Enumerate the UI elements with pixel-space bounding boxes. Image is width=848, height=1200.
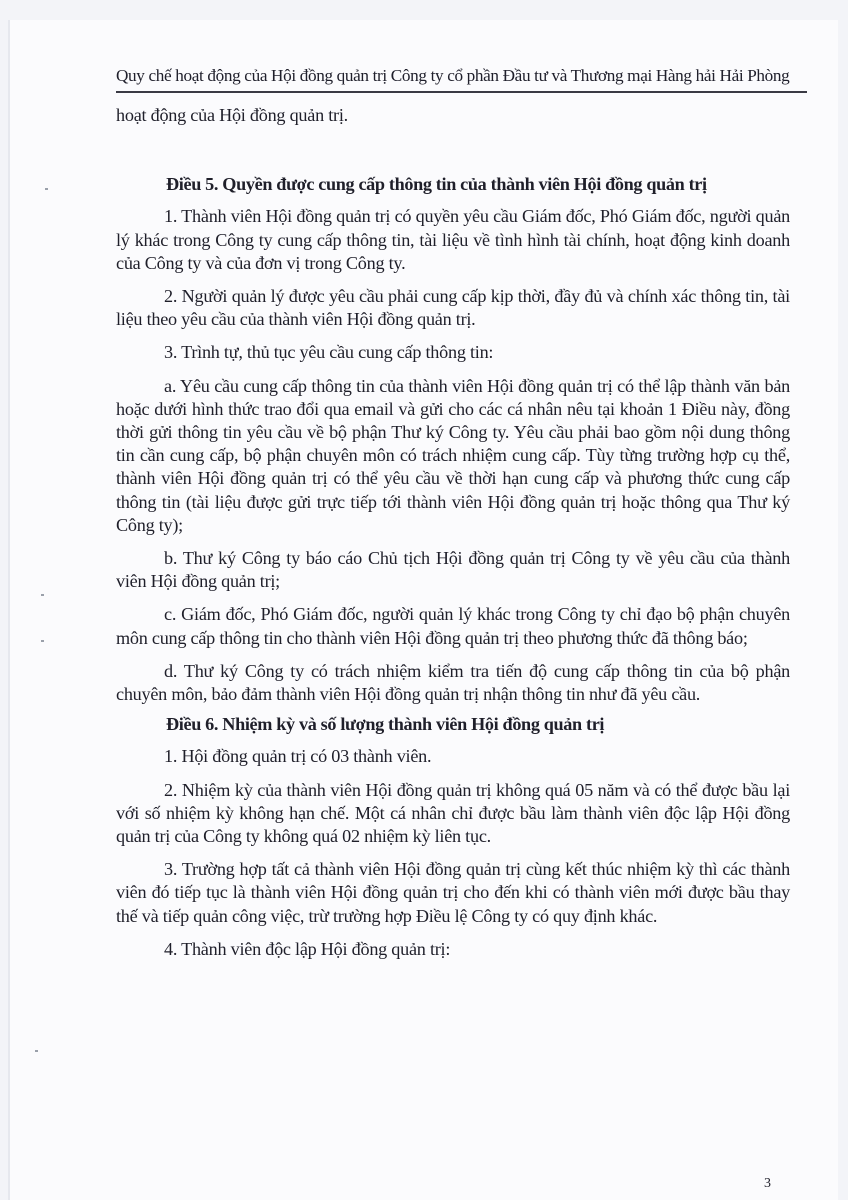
document-body: hoạt động của Hội đồng quản trị. Điều 5.… (116, 104, 790, 961)
article-6-clause-2: 2. Nhiệm kỳ của thành viên Hội đồng quản… (116, 779, 790, 849)
article-5-clause-3d: d. Thư ký Công ty có trách nhiệm kiểm tr… (116, 660, 790, 706)
article-5-clause-1: 1. Thành viên Hội đồng quản trị có quyền… (116, 205, 790, 275)
page-number: 3 (764, 1176, 771, 1192)
article-6-clause-4: 4. Thành viên độc lập Hội đồng quản trị: (116, 938, 790, 961)
header-rule (116, 91, 807, 93)
running-header: Quy chế hoạt động của Hội đồng quản trị … (116, 66, 806, 86)
article-5-clause-3a: a. Yêu cầu cung cấp thông tin của thành … (116, 375, 790, 537)
article-5-heading: Điều 5. Quyền được cung cấp thông tin củ… (116, 173, 790, 196)
scan-speck (45, 188, 48, 190)
scan-speck (41, 594, 44, 596)
article-6-heading: Điều 6. Nhiệm kỳ và số lượng thành viên … (116, 713, 790, 736)
scan-speck (41, 640, 44, 642)
article-5-clause-2: 2. Người quản lý được yêu cầu phải cung … (116, 285, 790, 331)
article-6-clause-3: 3. Trường hợp tất cả thành viên Hội đồng… (116, 858, 790, 928)
article-5-clause-3c: c. Giám đốc, Phó Giám đốc, người quản lý… (116, 603, 790, 649)
article-6-clause-1: 1. Hội đồng quản trị có 03 thành viên. (116, 745, 790, 768)
scan-speck (35, 1050, 38, 1052)
continuation-text: hoạt động của Hội đồng quản trị. (116, 104, 790, 127)
article-5-clause-3: 3. Trình tự, thủ tục yêu cầu cung cấp th… (116, 341, 790, 364)
article-5-clause-3b: b. Thư ký Công ty báo cáo Chủ tịch Hội đ… (116, 547, 790, 593)
